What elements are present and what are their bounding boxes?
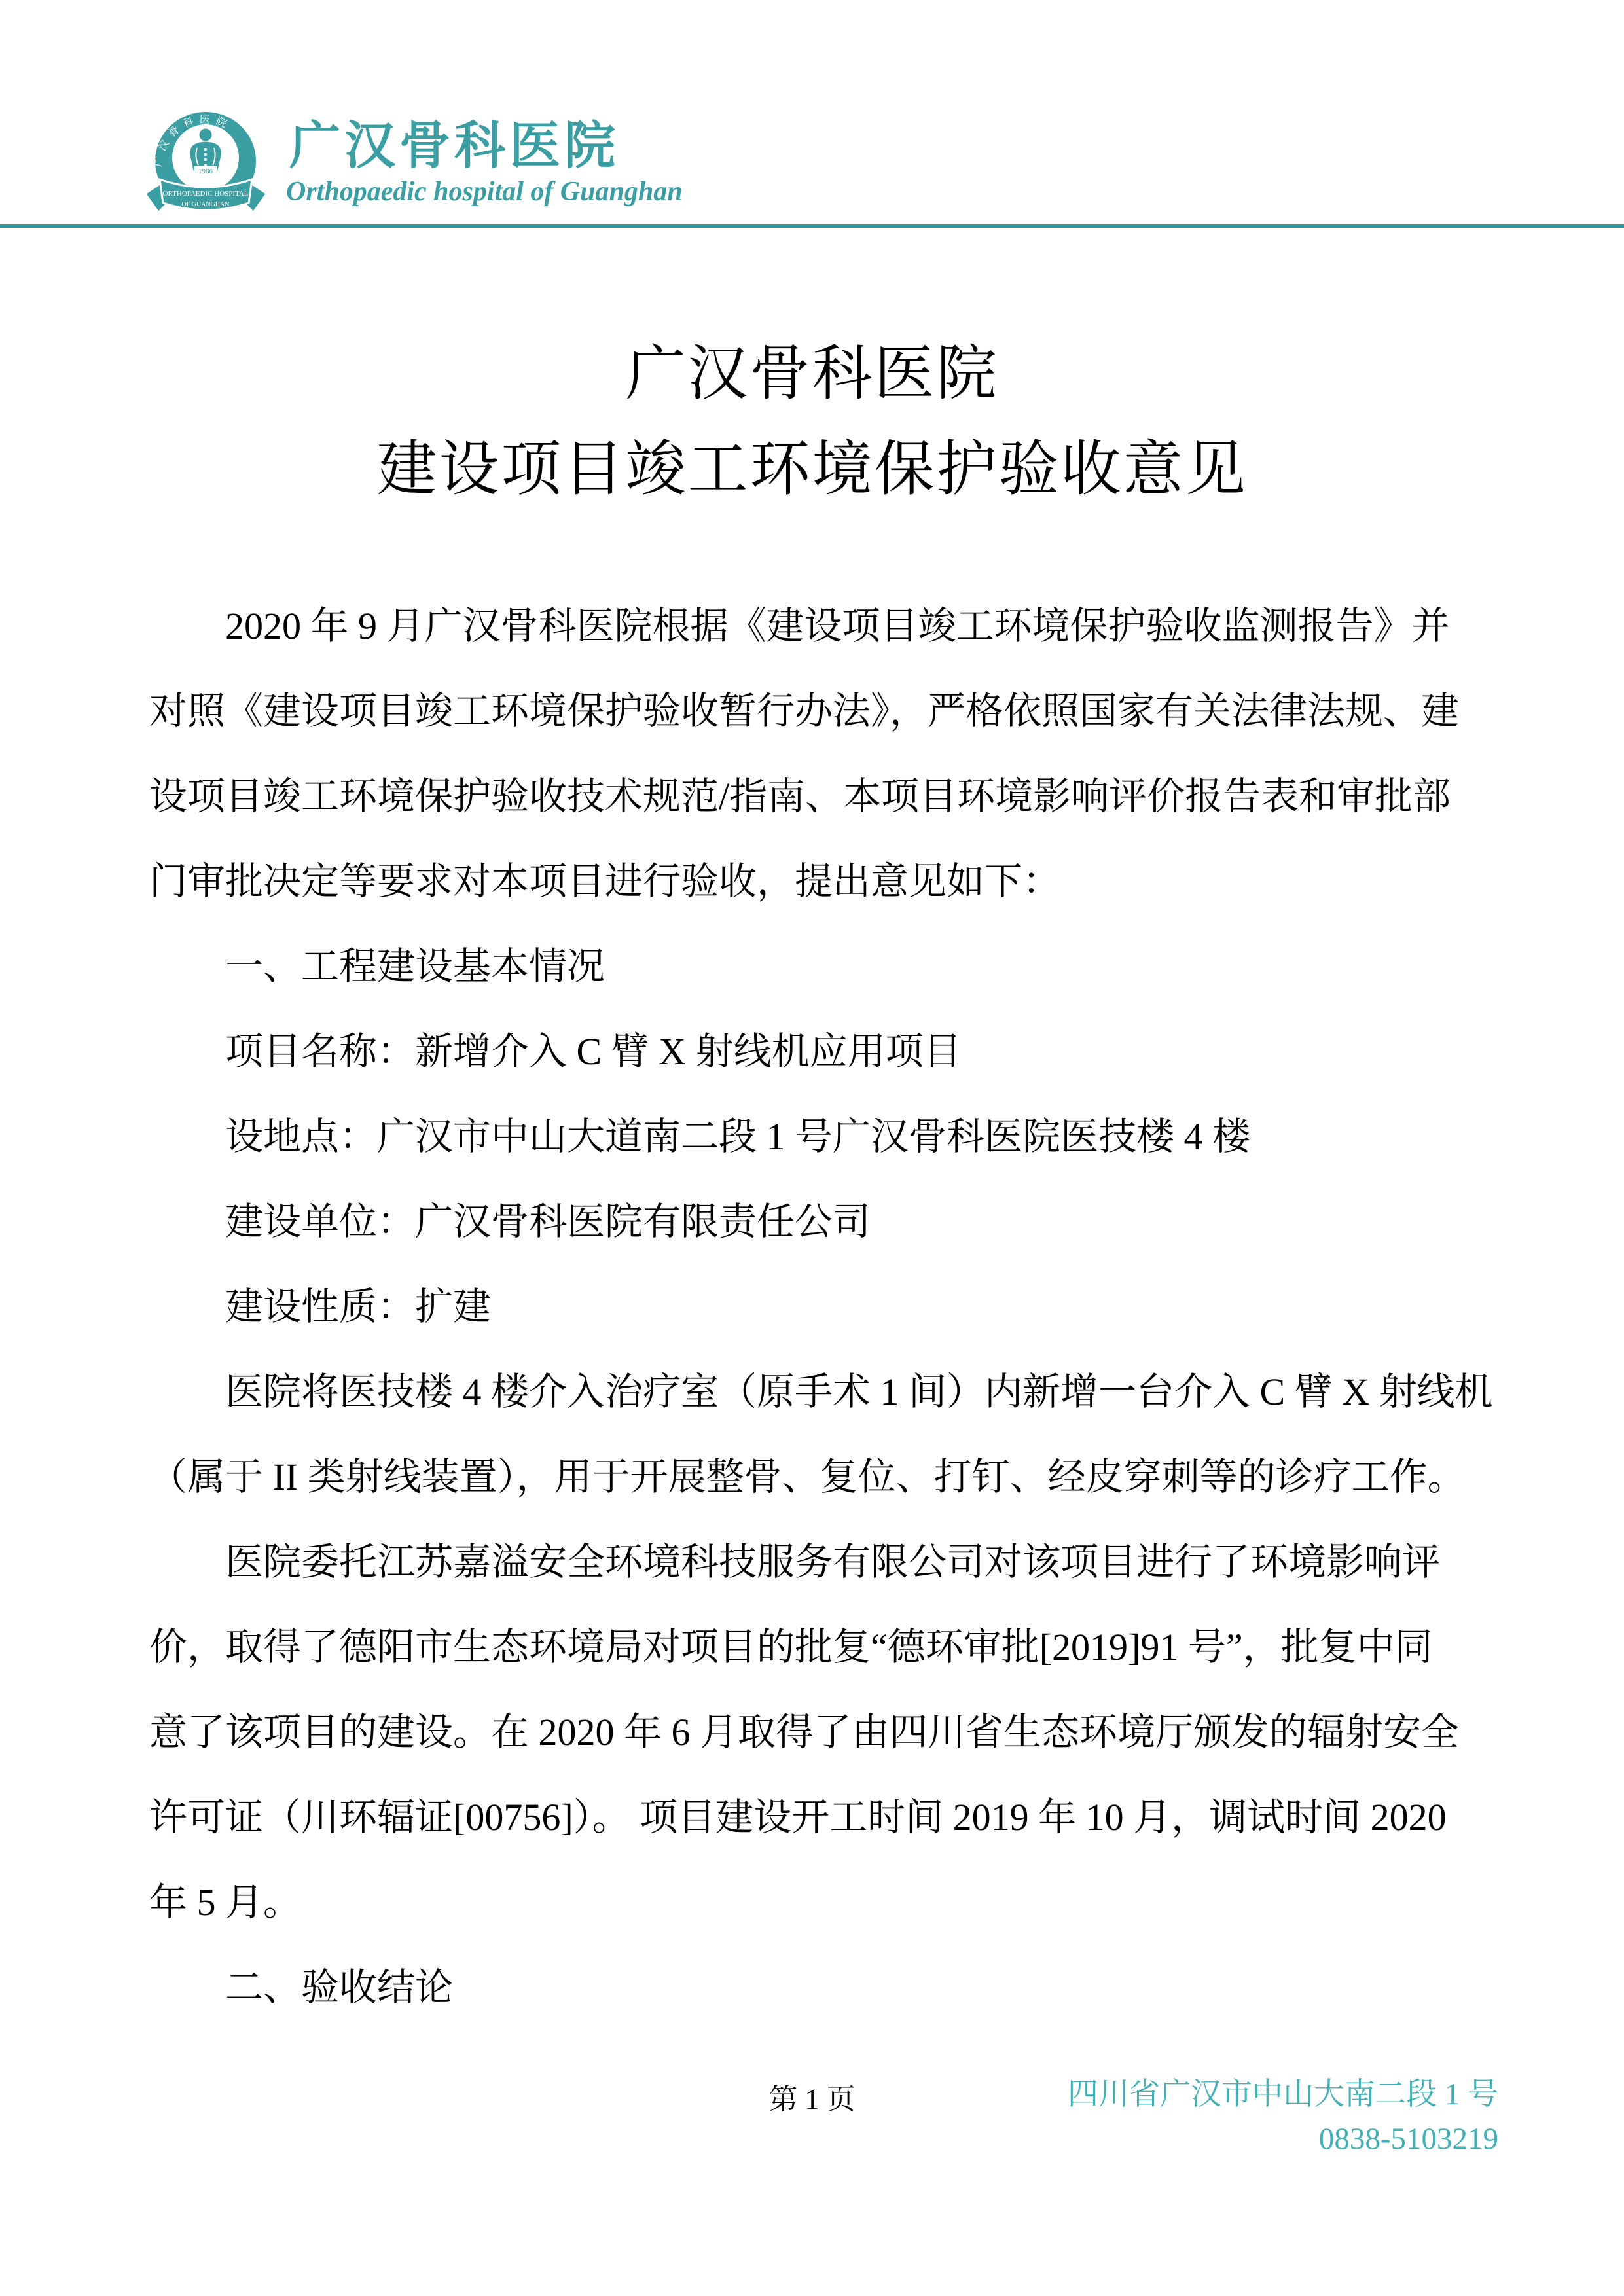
hospital-name-calligraphy: 广汉骨科医院 [289,120,619,171]
document-body: 2020 年 9 月广汉骨科医院根据《建设项目竣工环境保护验收监测报告》并 对照… [149,584,1499,2030]
paragraph-construction-unit: 建设单位：广汉骨科医院有限责任公司 [149,1179,1499,1265]
footer-phone: 0838-5103219 [1068,2117,1498,2161]
paragraph-intro: 2020 年 9 月广汉骨科医院根据《建设项目竣工环境保护验收监测报告》并 对照… [149,584,1499,924]
badge-ribbon-text-1: ORTHOPAEDIC HOSPITAL [163,190,249,198]
document-title-line1: 广汉骨科医院 [0,326,1624,422]
paragraph-approval-history: 医院委托江苏嘉溢安全环境科技服务有限公司对该项目进行了环境影响评 价，取得了德阳… [149,1520,1499,1945]
section-heading-2: 二、验收结论 [149,1945,1499,2030]
header-divider-line [0,224,1624,228]
document-title: 广汉骨科医院 建设项目竣工环境保护验收意见 [0,326,1624,517]
footer-contact: 四川省广汉市中山大南二段 1 号 0838-5103219 [1068,2072,1498,2161]
hospital-name-english: Orthopaedic hospital of Guanghan [286,177,683,207]
section-heading-1: 一、工程建设基本情况 [149,924,1499,1009]
document-page: 广汉骨科医院 1986 ORTHOPAEDIC HOSPITAL OF GUAN… [0,0,1624,2296]
badge-ribbon-text-2: OF GUANGHAN [181,201,229,208]
paragraph-project-description: 医院将医技楼 4 楼介入治疗室（原手术 1 间）内新增一台介入 C 臂 X 射线… [149,1350,1499,1520]
paragraph-construction-nature: 建设性质：扩建 [149,1265,1499,1350]
hospital-badge-logo: 广汉骨科医院 1986 ORTHOPAEDIC HOSPITAL OF GUAN… [139,110,273,220]
paragraph-project-location: 设地点：广汉市中山大道南二段 1 号广汉骨科医院医技楼 4 楼 [149,1094,1499,1179]
document-title-line2: 建设项目竣工环境保护验收意见 [0,422,1624,517]
badge-year: 1986 [198,168,213,175]
footer-address: 四川省广汉市中山大南二段 1 号 [1068,2072,1498,2117]
paragraph-project-name: 项目名称：新增介入 C 臂 X 射线机应用项目 [149,1009,1499,1094]
